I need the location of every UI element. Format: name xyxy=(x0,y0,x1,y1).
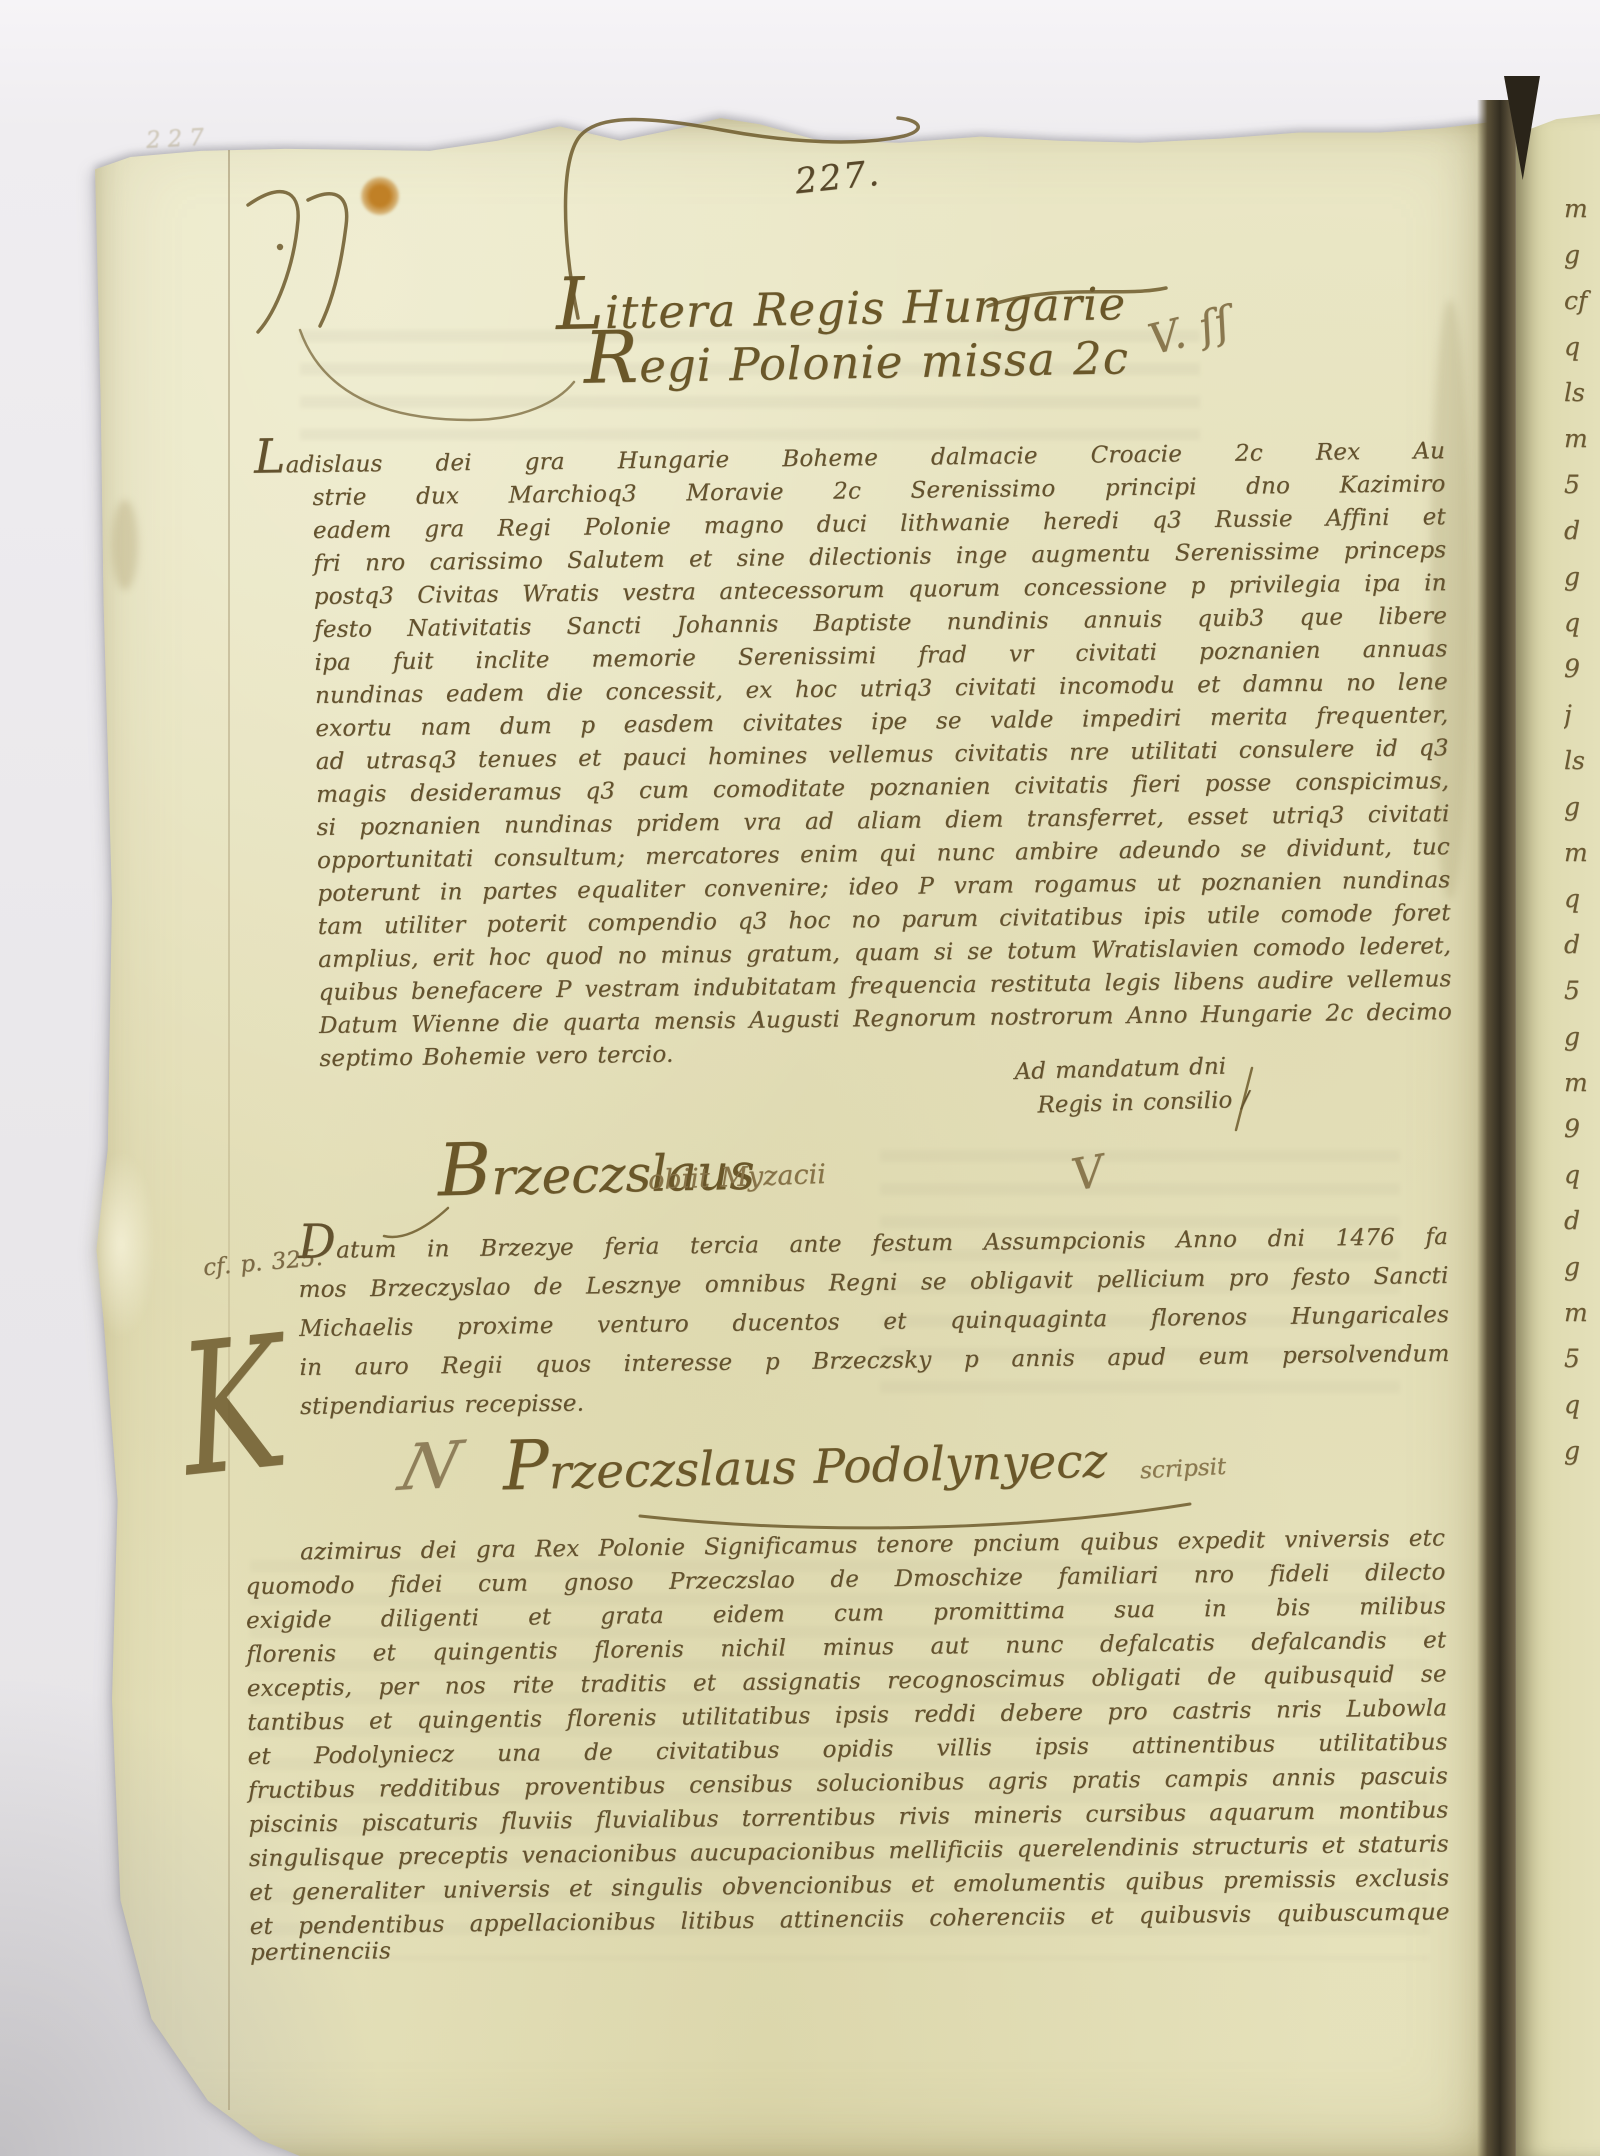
heading-note: obiit Myzacii xyxy=(648,1159,827,1196)
heading-note: scripsit xyxy=(1139,1454,1226,1484)
title-line-2: Regi Polonie missa 2c xyxy=(584,331,1130,394)
binding-gutter xyxy=(1477,100,1519,2156)
subscription-line: Regis in consilio / xyxy=(1037,1083,1250,1123)
initial-letter-k: K xyxy=(172,1311,293,1502)
subscription: Ad mandatum dni Regis in consilio / xyxy=(1014,1049,1250,1123)
title-line-1: Littera Regis Hungarie xyxy=(556,277,1127,340)
manuscript-photo: 227 227. Littera Regis Hungarie Regi Pol… xyxy=(0,0,1600,2156)
margin-ruling-line xyxy=(228,150,230,2110)
faded-folio-number: 227 xyxy=(145,124,211,153)
ink-stain xyxy=(360,176,400,216)
edge-tear xyxy=(86,1150,156,1340)
adjacent-page-edge: m g cf q ls m 5 d g q 9 j ls g m q d 5 g… xyxy=(1516,114,1600,2156)
adjacent-page-text-fragments: m g cf q ls m 5 d g q 9 j ls g m q d 5 g… xyxy=(1564,186,1600,1686)
letter-body: Ladislaus dei gra Hungarie Boheme dalmac… xyxy=(312,438,1453,1079)
brzeczslaus-body: Datum in Brzezye feria tercia ante festu… xyxy=(298,1224,1450,1433)
przeczslaus-body: azimirus dei gra Rex Polonie Significamu… xyxy=(245,1525,1450,1948)
edge-smudge xyxy=(112,500,138,590)
